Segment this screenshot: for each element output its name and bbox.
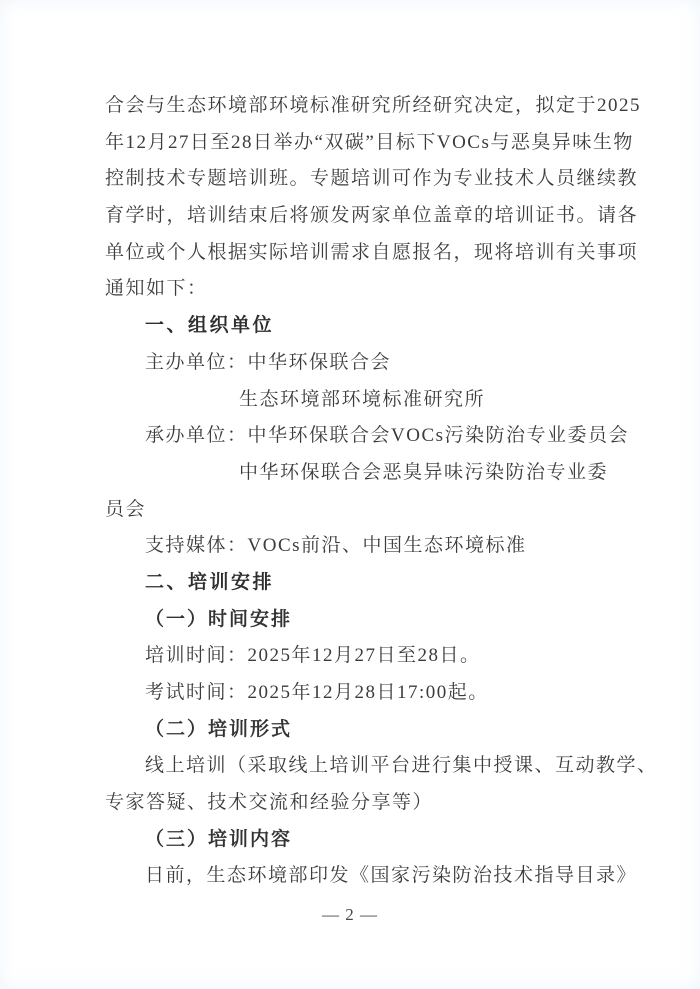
- training-time-line: 培训时间：2025年12月27日至28日。: [105, 638, 605, 675]
- paragraph-line: 年12月27日至28日举办“双碳”目标下VOCs与恶臭异味生物: [105, 125, 605, 162]
- organizer-unit-wrap-line: 员会: [105, 492, 605, 529]
- sub-heading-time-schedule: （一）时间安排: [105, 602, 605, 639]
- host-unit-line: 主办单位：中华环保联合会: [105, 345, 605, 382]
- section-heading-organizing-units: 一、组织单位: [105, 308, 605, 345]
- paragraph-line: 通知如下：: [105, 271, 605, 308]
- organizer-unit-line: 承办单位：中华环保联合会VOCs污染防治专业委员会: [105, 418, 605, 455]
- training-content-line: 日前，生态环境部印发《国家污染防治技术指导目录》: [105, 858, 605, 895]
- online-training-wrap-line: 专家答疑、技术交流和经验分享等）: [105, 785, 605, 822]
- page-number: — 2 —: [0, 905, 700, 925]
- sub-heading-training-format: （二）培训形式: [105, 712, 605, 749]
- document-page: 合会与生态环境部环境标准研究所经研究决定，拟定于2025 年12月27日至28日…: [0, 0, 700, 989]
- document-body: 合会与生态环境部环境标准研究所经研究决定，拟定于2025 年12月27日至28日…: [105, 88, 605, 895]
- host-unit-continuation-line: 生态环境部环境标准研究所: [105, 382, 605, 419]
- organizer-unit-continuation-line: 中华环保联合会恶臭异味污染防治专业委: [105, 455, 605, 492]
- paragraph-line: 控制技术专题培训班。专题培训可作为专业技术人员继续教: [105, 161, 605, 198]
- section-heading-training-arrangement: 二、培训安排: [105, 565, 605, 602]
- exam-time-line: 考试时间：2025年12月28日17:00起。: [105, 675, 605, 712]
- supporting-media-line: 支持媒体：VOCs前沿、中国生态环境标准: [105, 528, 605, 565]
- sub-heading-training-content: （三）培训内容: [105, 822, 605, 859]
- paragraph-line: 育学时，培训结束后将颁发两家单位盖章的培训证书。请各: [105, 198, 605, 235]
- paragraph-line: 单位或个人根据实际培训需求自愿报名，现将培训有关事项: [105, 235, 605, 272]
- paragraph-line: 合会与生态环境部环境标准研究所经研究决定，拟定于2025: [105, 88, 605, 125]
- online-training-line: 线上培训（采取线上培训平台进行集中授课、互动教学、: [105, 748, 605, 785]
